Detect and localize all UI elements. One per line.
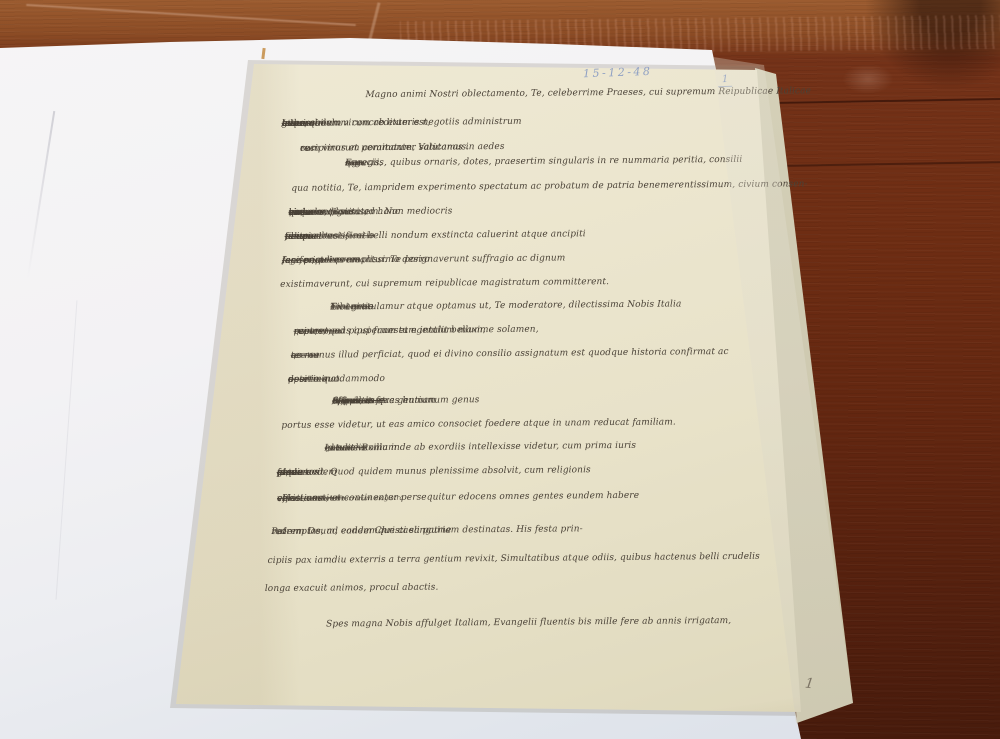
inserted-text: immo [346, 158, 364, 169]
handwritten-text: longa exacuit animos, procul abactis. [265, 583, 439, 596]
date-annotation: 15-12-48 [583, 65, 653, 80]
handwritten-text: redemptas, ad eandemque caeli patriam de… [271, 524, 583, 538]
handwritten-text: extulit vexillum [325, 443, 397, 455]
handwritten-text: /ac senatores amplissimo designaverunt s… [282, 253, 566, 266]
handwritten-text: reparet, ad pauperum et egentium maxime … [294, 325, 539, 338]
handwritten-text: recipimus et peramanter salutamus. [300, 142, 469, 154]
handwritten-text: vivimus, [288, 208, 327, 219]
handwritten-text: ubique [285, 232, 317, 243]
handwritten-text: existimaverunt, cui supremum reipublicae… [280, 277, 609, 291]
handwritten-text: , cum atrocissimi belli nondum exstincta… [285, 229, 586, 243]
manuscript-text: Magno animi Nostri oblectamento, Te, cel… [0, 0, 1000, 739]
handwritten-text: Tibi gratulamur atque optamus ut, Te mod… [330, 299, 681, 313]
handwritten-text: ac munus illud perficiat, quod ei divino… [291, 347, 729, 362]
inserted-text: veluti [333, 396, 352, 407]
inserted-text: ipsa loci [292, 351, 319, 362]
handwritten-text: determinat. [288, 374, 343, 385]
handwritten-text: cipiis pax iamdiu exterris a terra genti… [268, 552, 760, 567]
handwritten-text: portus esse videtur, ut eas amico consoc… [281, 417, 676, 431]
handwritten-text: Egregiis, quibus ornaris, dotes, praeser… [345, 155, 742, 169]
photo-of-manuscript-on-table: Magno animi Nostri oblectamento, Te, cel… [0, 0, 1000, 739]
handwritten-text: effecta est, et continenter persequitur … [277, 491, 639, 505]
handwritten-text: Spes magna Nobis affulget Italiam, Evang… [326, 616, 731, 631]
handwritten-text: /clarissimum [282, 118, 342, 130]
handwritten-text: foederavit. Quod quidem munus plenissime… [277, 465, 591, 479]
